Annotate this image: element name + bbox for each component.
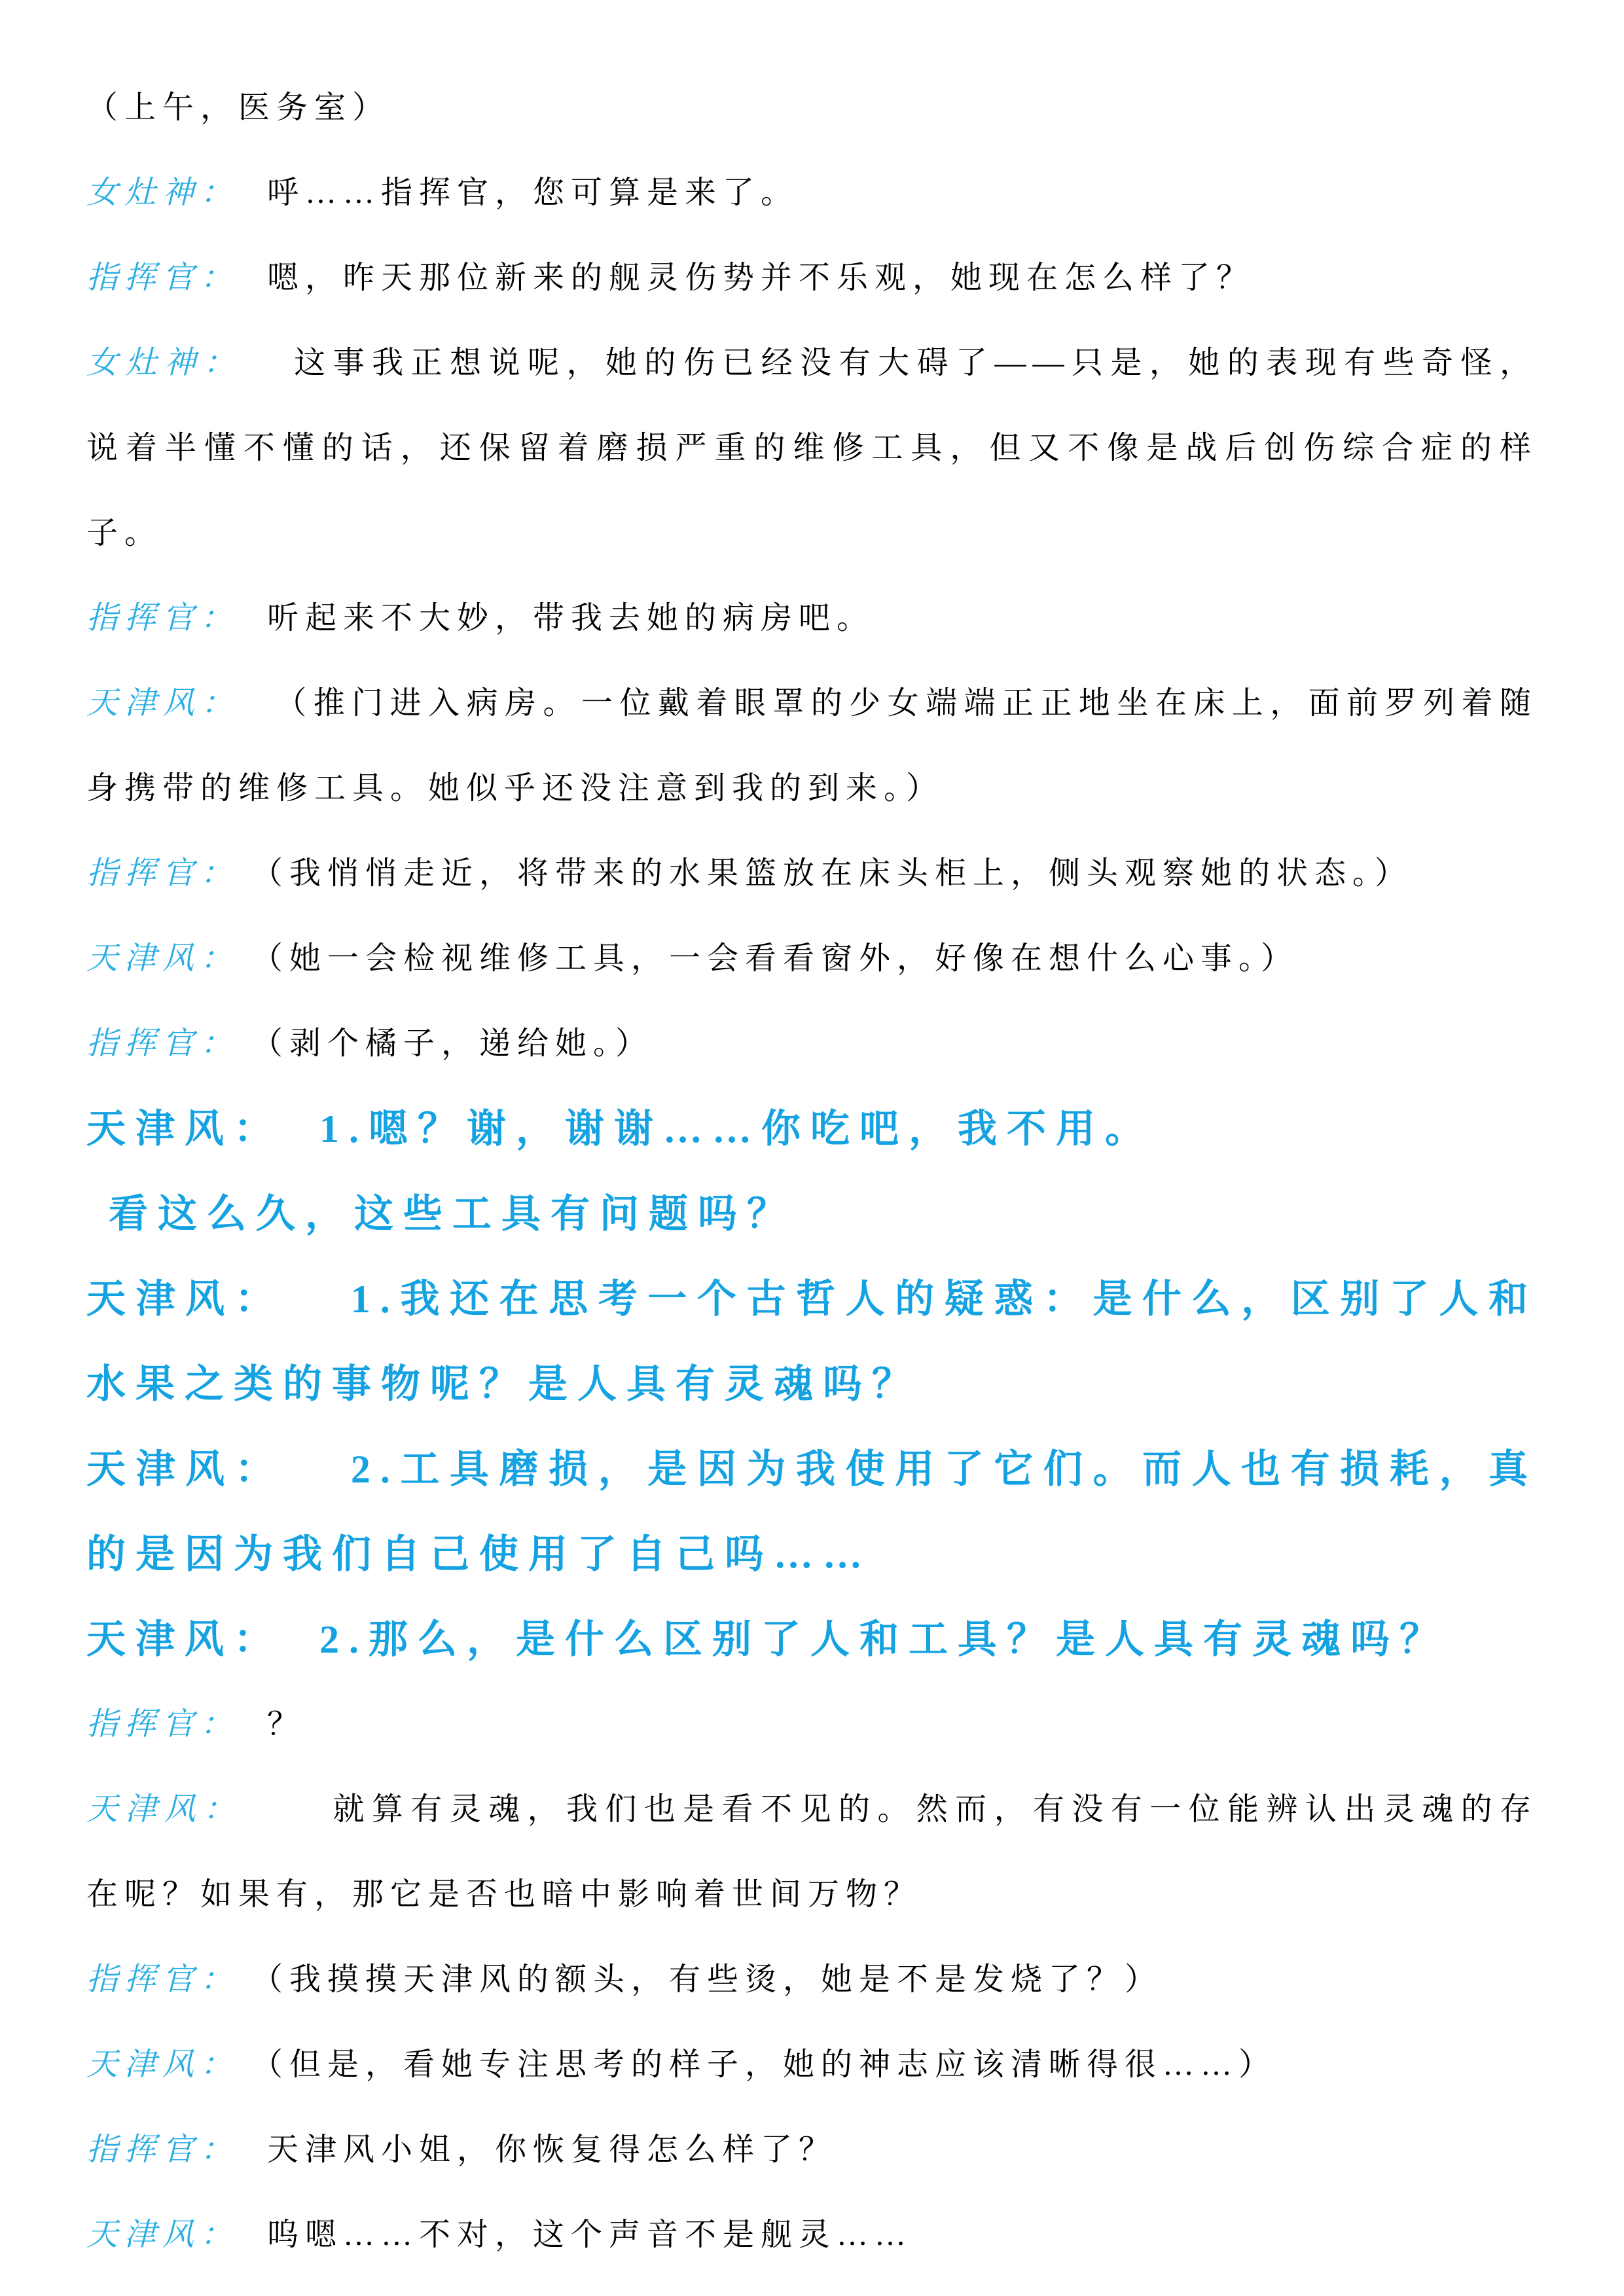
dialogue-text: 听起来不大妙，带我去她的病房吧。 [267, 601, 875, 636]
choice-line: 看这么久，这些工具有问题吗？ [86, 1172, 1538, 1257]
speaker-label: 指挥官： [86, 601, 238, 636]
dialogue-line: 指挥官：听起来不大妙，带我去她的病房吧。 [86, 576, 1538, 661]
dialogue-text: 这事我正想说呢，她的伤已经没有大碍了——只是，她的表现有些奇怪，说着半懂不懂的话… [86, 346, 1538, 550]
stage-direction: （上午，医务室） [86, 65, 1538, 151]
dialogue-text: （推门进入病房。一位戴着眼罩的少女端端正正地坐在床上，面前罗列着随身携带的维修工… [86, 686, 1538, 806]
dialogue-text: 就算有灵魂，我们也是看不见的。然而，有没有一位能辨认出灵魂的存在呢？如果有，那它… [86, 1792, 1538, 1912]
choice-line: 天津风： 2.工具磨损，是因为我使用了它们。而人也有损耗，真的是因为我们自己使用… [86, 1427, 1538, 1597]
script-document-page: （上午，医务室）女灶神：呼……指挥官，您可算是来了。指挥官：嗯，昨天那位新来的舰… [0, 0, 1624, 2296]
dialogue-line: 指挥官：（我摸摸天津风的额头，有些烫，她是不是发烧了？） [86, 1937, 1538, 2022]
dialogue-text: 看这么久，这些工具有问题吗？ [109, 1193, 796, 1236]
speaker-label: 天津风： [86, 941, 238, 976]
dialogue-line: 天津风：呜嗯……不对，这个声音不是舰灵…… [86, 2193, 1538, 2278]
dialogue-line: 天津风：（但是，看她专注思考的样子，她的神志应该清晰得很……） [86, 2022, 1538, 2108]
dialogue-text: 天津风小姐，你恢复得怎么样了？ [267, 2132, 837, 2167]
dialogue-text: 2.那么，是什么区别了人和工具？是人具有灵魂吗？ [319, 1618, 1449, 1661]
choice-line: 天津风：2.那么，是什么区别了人和工具？是人具有灵魂吗？ [86, 1597, 1538, 1682]
speaker-label: 天津风： [86, 2217, 238, 2252]
speaker-label: 指挥官： [86, 260, 238, 295]
dialogue-text: 嗯，昨天那位新来的舰灵伤势并不乐观，她现在怎么样了？ [267, 260, 1254, 295]
dialogue-text: （但是，看她专注思考的样子，她的神志应该清晰得很……） [267, 2047, 1276, 2082]
dialogue-text: （剥个橘子，递给她。） [267, 1026, 653, 1061]
speaker-label: 天津风： [86, 1278, 264, 1321]
speaker-label: 女灶神： [86, 175, 238, 210]
dialogue-text: 呼……指挥官，您可算是来了。 [267, 175, 799, 210]
dialogue-text: 2.工具磨损，是因为我使用了它们。而人也有损耗，真的是因为我们自己使用了自己吗…… [86, 1448, 1538, 1576]
speaker-label: 天津风： [86, 1448, 264, 1491]
dialogue-text: （我摸摸天津风的额头，有些烫，她是不是发烧了？） [267, 1962, 1163, 1997]
dialogue-text: ？ [267, 1707, 305, 1742]
choice-line: 天津风： 1.我还在思考一个古哲人的疑惑：是什么，区别了人和水果之类的事物呢？是… [86, 1257, 1538, 1427]
dialogue-text: 呜嗯……不对，这个声音不是舰灵…… [267, 2217, 912, 2252]
dialogue-line: 天津风：（她一会检视维修工具，一会看看窗外，好像在想什么心事。） [86, 916, 1538, 1001]
dialogue-line: 指挥官：（我悄悄走近，将带来的水果篮放在床头柜上，侧头观察她的状态。） [86, 831, 1538, 916]
dialogue-line: 女灶神：呼……指挥官，您可算是来了。 [86, 151, 1538, 236]
stage-text: （上午，医务室） [86, 90, 390, 125]
dialogue-line: 天津风： （推门进入病房。一位戴着眼罩的少女端端正正地坐在床上，面前罗列着随身携… [86, 661, 1538, 831]
dialogue-text: （她一会检视维修工具，一会看看窗外，好像在想什么心事。） [267, 941, 1299, 976]
speaker-label: 天津风： [86, 1618, 283, 1661]
speaker-label: 指挥官： [86, 1707, 238, 1742]
dialogue-line: 指挥官：（剥个橘子，递给她。） [86, 1001, 1538, 1086]
dialogue-lines: （上午，医务室）女灶神：呼……指挥官，您可算是来了。指挥官：嗯，昨天那位新来的舰… [86, 65, 1538, 2278]
dialogue-line: 指挥官：嗯，昨天那位新来的舰灵伤势并不乐观，她现在怎么样了？ [86, 236, 1538, 321]
dialogue-line: 指挥官：？ [86, 1682, 1538, 1767]
speaker-label: 天津风： [86, 1792, 226, 1827]
dialogue-text: 1.嗯？谢，谢谢……你吃吧，我不用。 [319, 1107, 1154, 1151]
dialogue-line: 指挥官：天津风小姐，你恢复得怎么样了？ [86, 2108, 1538, 2193]
dialogue-text: （我悄悄走近，将带来的水果篮放在床头柜上，侧头观察她的状态。） [267, 856, 1413, 891]
speaker-label: 天津风： [86, 686, 224, 721]
dialogue-text: 1.我还在思考一个古哲人的疑惑：是什么，区别了人和水果之类的事物呢？是人具有灵魂… [86, 1278, 1538, 1406]
speaker-label: 指挥官： [86, 1962, 238, 1997]
speaker-label: 天津风： [86, 2047, 238, 2082]
speaker-label: 天津风： [86, 1107, 283, 1151]
dialogue-line: 女灶神： 这事我正想说呢，她的伤已经没有大碍了——只是，她的表现有些奇怪，说着半… [86, 321, 1538, 576]
dialogue-line: 天津风： 就算有灵魂，我们也是看不见的。然而，有没有一位能辨认出灵魂的存在呢？如… [86, 1767, 1538, 1937]
speaker-label: 指挥官： [86, 2132, 238, 2167]
speaker-label: 女灶神： [86, 346, 226, 380]
choice-line: 天津风：1.嗯？谢，谢谢……你吃吧，我不用。 [86, 1086, 1538, 1172]
speaker-label: 指挥官： [86, 1026, 238, 1061]
speaker-label: 指挥官： [86, 856, 238, 891]
